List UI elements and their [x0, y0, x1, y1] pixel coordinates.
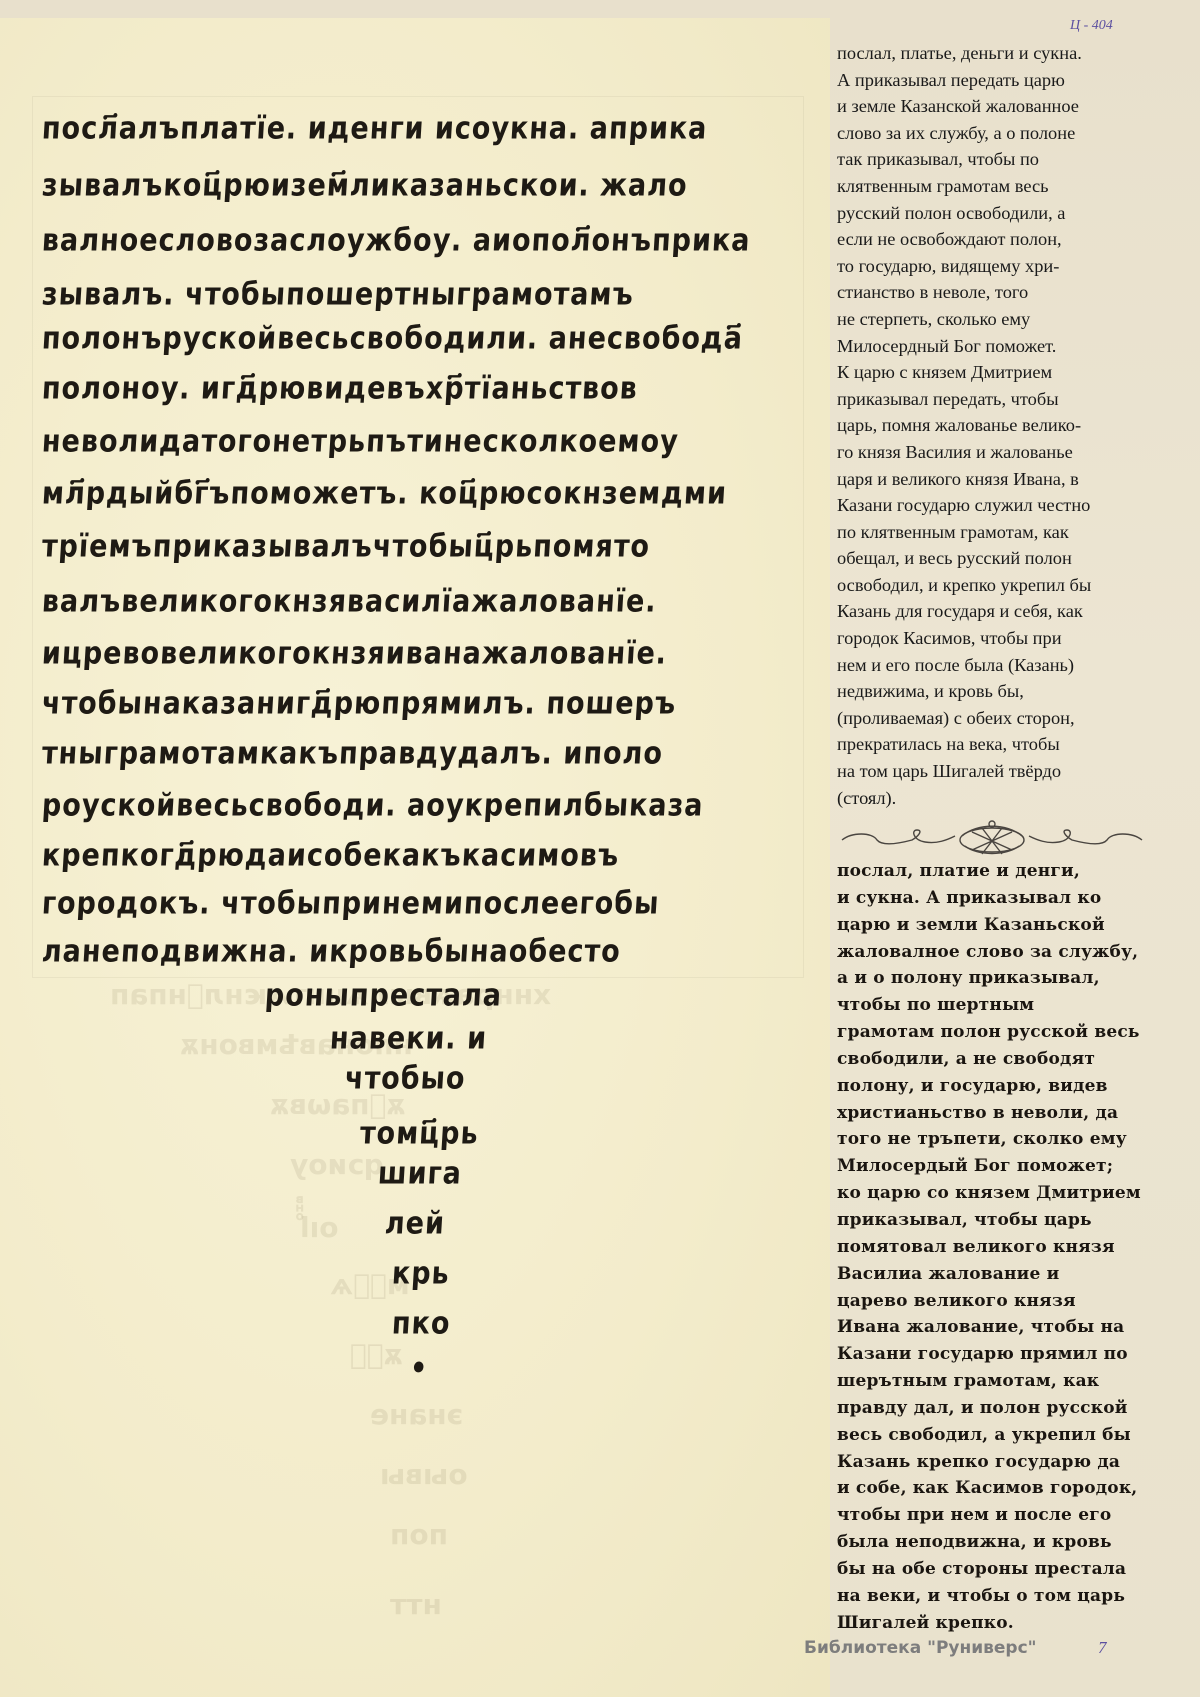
translation-line: нем и его после была (Казань): [837, 652, 1182, 679]
transcription-line: шеръ­тным грамотам, как: [837, 1368, 1187, 1395]
manuscript-line: томц҃рь: [359, 1116, 480, 1152]
translation-line: приказывал передать, чтобы: [837, 386, 1182, 413]
translation-line: прекратилась на века, чтобы: [837, 731, 1182, 758]
translation-line: на том царь Шигалей твёрдо: [837, 758, 1182, 785]
manuscript-facsimile: хннраѧвылѧннтѧѥнлⷶнпап нпонавѣмвонѫ ѫⷮпа…: [0, 18, 830, 1697]
translation-line: царь, помня жалованье велико-: [837, 412, 1182, 439]
transcription-line: Ивана жалование, чтобы на: [837, 1314, 1187, 1341]
transcription-line: на веки, и чтобы о том царь: [837, 1583, 1187, 1610]
transcription-line: ко царю со князем Дмитрием: [837, 1180, 1187, 1207]
translation-line: Казани государю служил честно: [837, 492, 1182, 519]
transcription-line: Милосердый Бог поможет;: [837, 1153, 1187, 1180]
bleed-through-text: ѫⷭⷭ: [350, 1338, 403, 1371]
translation-line: слово за их службу, а о полоне: [837, 120, 1182, 147]
manuscript-line: валноесловозаслоужбоу. аиопол҃онъприка: [41, 223, 752, 259]
transcription-line: помятовал великого князя: [837, 1234, 1187, 1261]
translation-line: А приказывал передать царю: [837, 67, 1182, 94]
footer-library-name: Библиотека "Руниверс": [804, 1638, 1037, 1658]
manuscript-line: крь: [391, 1256, 451, 1292]
translation-line: царя и великого князя Ивана, в: [837, 466, 1182, 493]
manuscript-line: ицревовеликогокнзяиванажалованїе.: [41, 636, 668, 672]
translation-line: Милосердный Бог поможет.: [837, 333, 1182, 360]
transcription-line: христианьство в неволи, да: [837, 1100, 1187, 1127]
modern-translation: послал, платье, деньги и сукна. А приказ…: [837, 40, 1182, 811]
manuscript-line: лей: [384, 1206, 446, 1242]
translation-line: освободил, и крепко укрепил бы: [837, 572, 1182, 599]
transcription-line: и сукна. А приказывал ко: [837, 885, 1187, 912]
manuscript-line: чтобынаказанигд҃рюпрямилъ. пошеръ: [41, 686, 677, 722]
translation-line: обещал, и весь русский полон: [837, 545, 1182, 572]
transcription-line: полону, и государю, видев: [837, 1073, 1187, 1100]
transcription-line: Казань крепко государю да: [837, 1449, 1187, 1476]
transcription-line: послал, платие и денги,: [837, 858, 1187, 885]
page-number: 7: [1098, 1638, 1107, 1658]
translation-line: (стоял).: [837, 785, 1182, 812]
transcription-line: царево великого князя: [837, 1288, 1187, 1315]
manuscript-line: •: [409, 1351, 429, 1387]
manuscript-line: зывалъкоц҃рюизем҃ликазаньскои. жало: [41, 168, 689, 204]
translation-line: русский полон освободили, а: [837, 200, 1182, 227]
translation-line: по клятвенным грамотам, как: [837, 519, 1182, 546]
manuscript-line: пко: [391, 1306, 452, 1342]
translation-line: Казань для государя и себя, как: [837, 598, 1182, 625]
transcription-line: Шигалей крепко.: [837, 1610, 1187, 1637]
translation-line: то государю, видящему хри-: [837, 253, 1182, 280]
bleed-through-text: энане: [370, 1398, 463, 1431]
manuscript-line: навеки. и: [329, 1021, 488, 1057]
bleed-through-text: оılⷪⷩⷡ: [300, 1208, 338, 1246]
translation-line: городок Касимов, чтобы при: [837, 625, 1182, 652]
translation-line: послал, платье, деньги и сукна.: [837, 40, 1182, 67]
bleed-through-text: оывы: [380, 1458, 468, 1491]
translation-line: не стерпеть, сколько ему: [837, 306, 1182, 333]
bleed-through-text: поп: [390, 1518, 448, 1551]
translation-line: стианство в неволе, того: [837, 279, 1182, 306]
transcription-line: приказывал, чтобы царь: [837, 1207, 1187, 1234]
bleed-through-text: нтт: [390, 1588, 442, 1621]
manuscript-line: городокъ. чтобыпринемипослеегобы: [41, 886, 661, 922]
manuscript-line: роныпрестала: [264, 978, 503, 1014]
manuscript-line: трїемъприказывалъчтобыц҃рьпомятo: [41, 529, 651, 565]
manuscript-line: роускойвесьсвободи. аоукрепилбыказа: [41, 788, 705, 824]
bleed-through-text: qɔиоу: [290, 1148, 384, 1181]
translation-line: и земле Казанской жалованное: [837, 93, 1182, 120]
manuscript-line: ланеподвижна. икровьбынаобесто: [41, 934, 622, 970]
manuscript-line: шига: [377, 1156, 463, 1192]
manuscript-line: посл҃алъплатїе. иденги исоукна. априка: [41, 111, 709, 147]
transcription-line: правду дал, и полон русской: [837, 1395, 1187, 1422]
transcription-line: свободили, а не свободят: [837, 1046, 1187, 1073]
transcription-line: Казани государю прямил по: [837, 1341, 1187, 1368]
manuscript-line: мл҃рдыйбг҃ъпоможетъ. коц҃рюсокнземдми: [41, 476, 728, 512]
manuscript-line: чтобыо: [344, 1061, 467, 1097]
translation-line: недвижима, и кровь бы,: [837, 678, 1182, 705]
transcription-line: весь свободил, а укрепил бы: [837, 1422, 1187, 1449]
translation-line: (проливаемая) с обеих сторон,: [837, 705, 1182, 732]
transcription-line: грамотам полон русской весь: [837, 1019, 1187, 1046]
manuscript-line: полоноу. игд҃рювидевъхр҃тїаньствов: [41, 371, 639, 407]
translation-line: клятвенным грамотам весь: [837, 173, 1182, 200]
calligraphic-divider-flourish-icon: [837, 818, 1147, 858]
translation-line: так приказывал, чтобы по: [837, 146, 1182, 173]
transcription-line: а и о полону приказывал,: [837, 965, 1187, 992]
manuscript-line: валъвеликогокнзявасилїажалованїе.: [41, 584, 658, 620]
manuscript-line: полонърускойвесьсвободили. анесвобода҃: [41, 321, 744, 357]
transcription-line: была неподвижна, и кровь: [837, 1529, 1187, 1556]
transcription-line: чтобы по шертным: [837, 992, 1187, 1019]
sheet-number: Ц - 404: [1070, 18, 1113, 34]
transcription-line: и собе, как Касимов городок,: [837, 1475, 1187, 1502]
translation-line: го князя Василия и жалованье: [837, 439, 1182, 466]
translation-line: если не освобождают полон,: [837, 226, 1182, 253]
transcription-line: Василиа жалование и: [837, 1261, 1187, 1288]
transcription-line: бы на обе стороны престала: [837, 1556, 1187, 1583]
transcription-line: чтобы при нем и после его: [837, 1502, 1187, 1529]
manuscript-line: тныграмотамкакъправдудалъ. иполо: [41, 736, 664, 772]
old-russian-transcription: послал, платие и денги, и сукна. А прика…: [837, 858, 1187, 1636]
transcription-line: того не тръпети, сколко ему: [837, 1126, 1187, 1153]
translation-line: К царю с князем Дмитрием: [837, 359, 1182, 386]
manuscript-line: зывалъ. чтобыпошертныграмотамъ: [41, 277, 635, 313]
transcription-line: жаловалное слово за службу,: [837, 939, 1187, 966]
manuscript-line: крепкогд҃рюдаисобекакъкасимовъ: [41, 838, 620, 874]
transcription-line: царю и земли Казаньской: [837, 912, 1187, 939]
manuscript-line: неволидатогонетрьпътинесколкоемоу: [41, 424, 680, 460]
